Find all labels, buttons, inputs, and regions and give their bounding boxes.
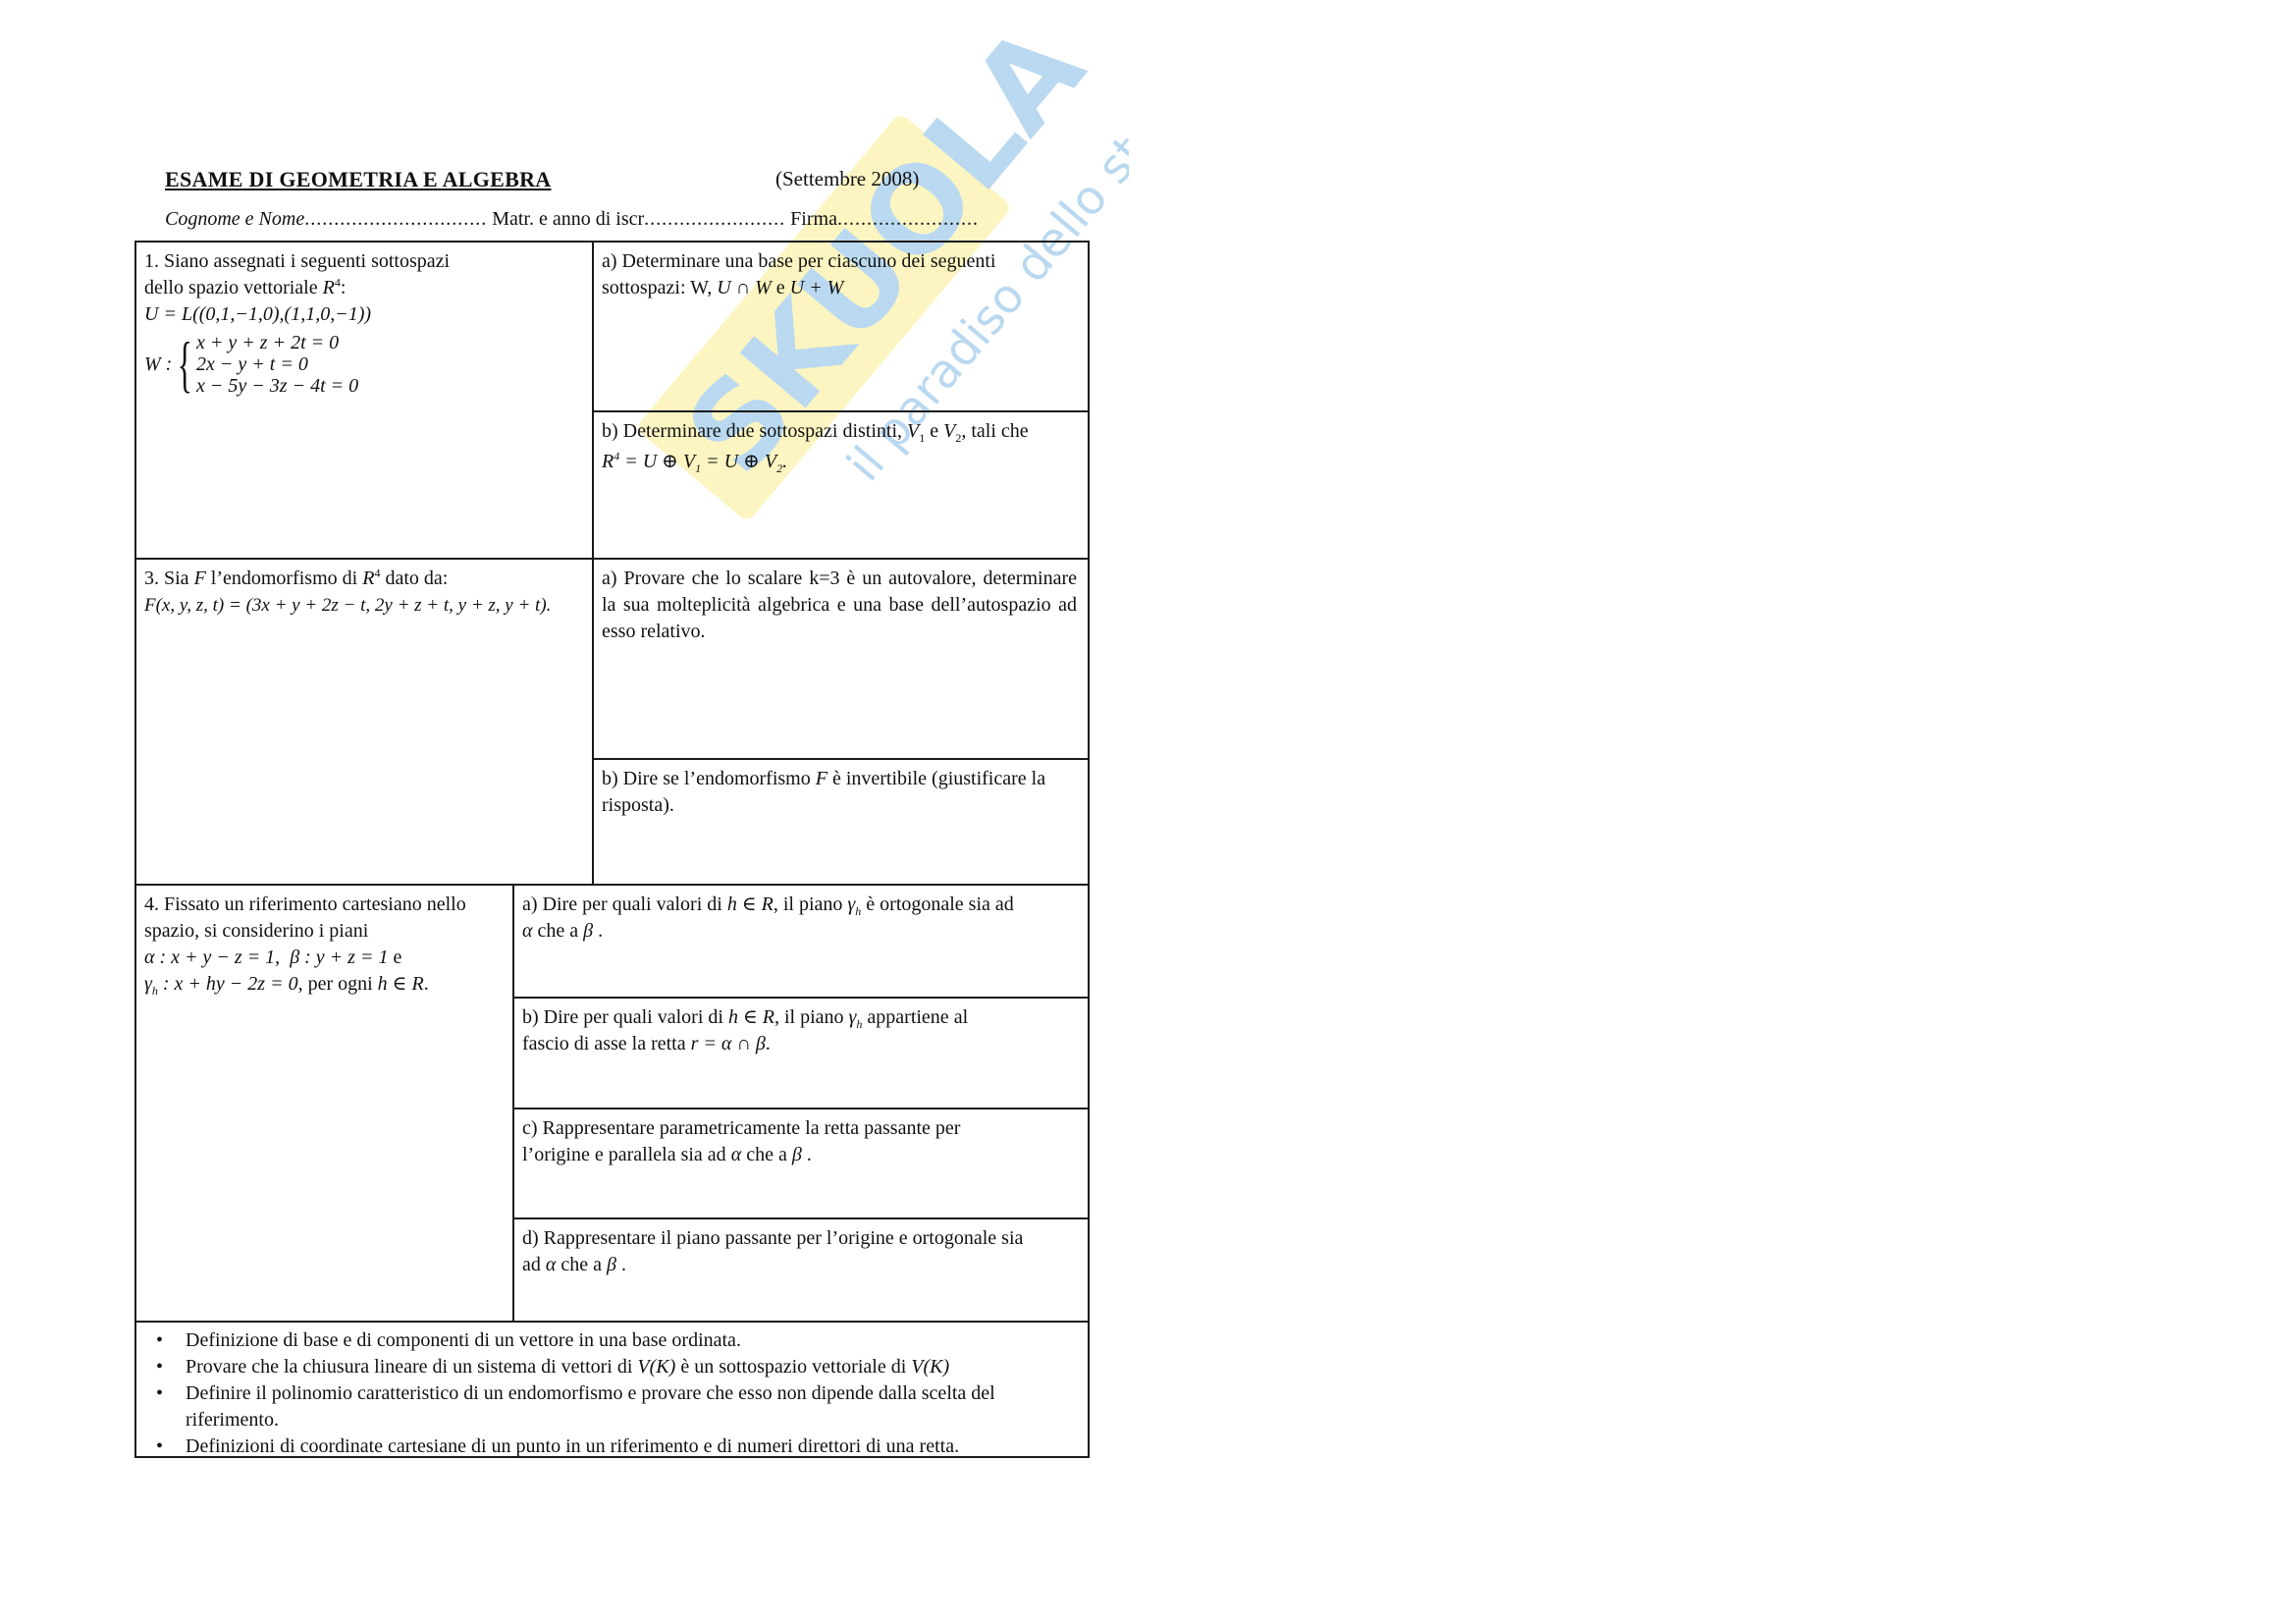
divider	[134, 1321, 1090, 1323]
exercise-4b: b) Dire per quali valori di h ∈ R, il pi…	[514, 999, 1088, 1063]
exercise-3b: b) Dire se l’endomorfismo F è invertibil…	[594, 760, 1085, 825]
theory-list: Definizione di base e di componenti di u…	[146, 1327, 1083, 1460]
exercise-3-statement: 3. Sia F l’endomorfismo di R4 dato da: F…	[136, 560, 592, 624]
exercise-4-statement: 4. Fissato un riferimento cartesiano nel…	[136, 886, 512, 1003]
ex1-W-label: W :	[144, 352, 172, 378]
student-info-line: Cognome e Nome..........................…	[165, 208, 979, 231]
theory-item: Definire il polinomio caratteristico di …	[186, 1380, 1083, 1434]
exam-date: (Settembre 2008)	[775, 167, 919, 191]
ex1-W-equations: x + y + z + 2t = 0 2x − y + t = 0 x − 5y…	[196, 332, 358, 397]
name-label: Cognome e Nome	[165, 208, 304, 230]
name-field[interactable]: ...............................	[304, 208, 487, 230]
exercise-1-statement: 1. Siano assegnati i seguenti sottospazi…	[136, 243, 592, 403]
exercise-1b: b) Determinare due sottospazi distinti, …	[594, 412, 1085, 481]
exercise-4a: a) Dire per quali valori di h ∈ R, il pi…	[514, 886, 1088, 950]
theory-item: Definizioni di coordinate cartesiane di …	[186, 1434, 1083, 1460]
brace-icon: {	[178, 333, 192, 396]
ex1-W-system: W : { x + y + z + 2t = 0 2x − y + t = 0 …	[144, 332, 584, 397]
ex1-U-definition: U = L((0,1,−1,0),(1,1,0,−1))	[144, 301, 584, 328]
firma-label: Firma	[790, 208, 837, 230]
theory-item: Definizione di base e di componenti di u…	[186, 1327, 1083, 1354]
theory-item: Provare che la chiusura lineare di un si…	[186, 1354, 1083, 1380]
theory-questions: Definizione di base e di componenti di u…	[136, 1325, 1089, 1462]
exercise-4d: d) Rappresentare il piano passante per l…	[514, 1219, 1088, 1284]
matr-field[interactable]: ........................	[644, 208, 785, 230]
ex3-F-definition: F(x, y, z, t) = (3x + y + 2z − t, 2y + z…	[144, 592, 584, 619]
exercise-1a: a) Determinare una base per ciascuno dei…	[594, 243, 1085, 307]
ex1-intro-line1: 1. Siano assegnati i seguenti sottospazi	[144, 248, 584, 275]
ex1b-equation: R4 = U ⊕ V1 = U ⊕ V2.	[602, 449, 1077, 475]
exam-title: ESAME DI GEOMETRIA E ALGEBRA	[165, 167, 551, 192]
matr-label: Matr. e anno di iscr	[492, 208, 644, 230]
exercise-4c: c) Rappresentare parametricamente la ret…	[514, 1109, 1088, 1174]
firma-field[interactable]: ........................	[837, 208, 979, 230]
exercise-3a: a) Provare che lo scalare k=3 è un autov…	[594, 560, 1085, 651]
ex1-intro-line2: dello spazio vettoriale R4:	[144, 275, 584, 301]
